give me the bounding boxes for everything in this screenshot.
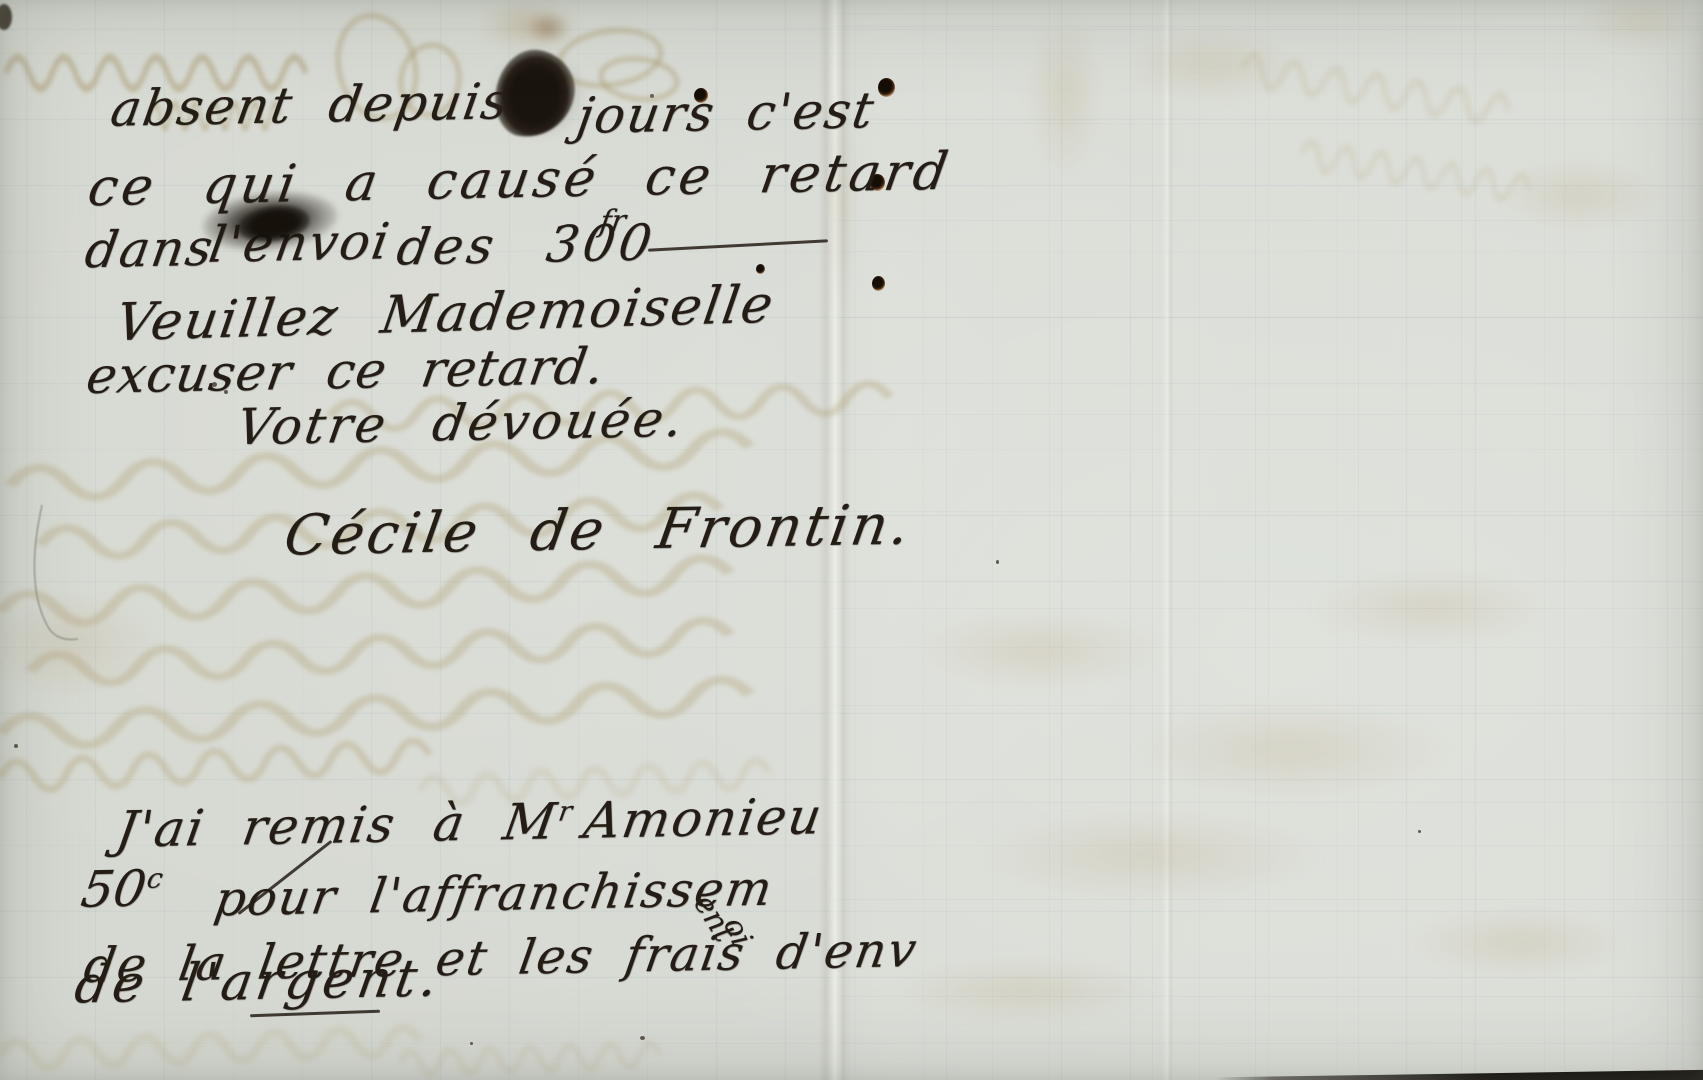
pencil-scratch [20,505,80,645]
postscript-line-1a: J'ai remis à M [112,792,561,858]
burn-spot [756,264,765,274]
letter-line-1a: absent depuis [107,72,514,138]
burn-spot [878,78,895,97]
burn-spot [872,276,885,291]
letter-line-3a: dans [81,219,218,279]
postscript-line-1b: Amonieu [580,787,827,850]
quadrille-grid-right [833,0,1703,1080]
ink-speck [996,560,999,564]
postscript-line-4: de l'argent. [71,949,446,1016]
letter-page: absent depuis jours c'est ce qui a causé… [0,0,1703,1080]
signature: Cécile de Frontin. [280,493,917,569]
secondary-crease [1162,0,1174,1080]
letter-line-6: Votre dévouée. [233,390,690,457]
ink-speck [1418,830,1421,833]
postscript-line-2a: 50c [77,859,165,919]
postscript-amount: 50 [77,860,150,919]
letter-line-1b: jours c'est [573,81,879,145]
